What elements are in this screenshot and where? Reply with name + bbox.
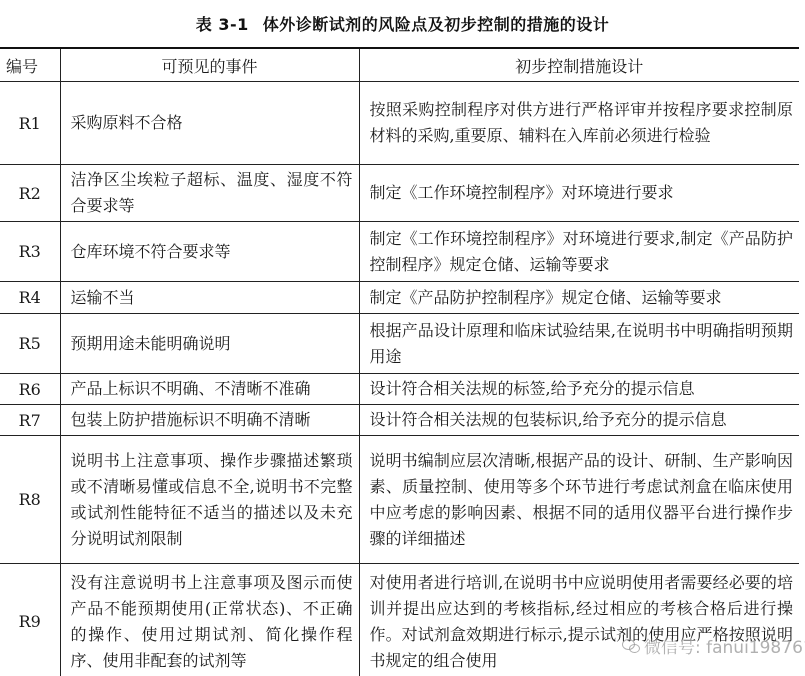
- row-event: 运输不当: [60, 282, 359, 314]
- table-row: R4 运输不当 制定《产品防护控制程序》规定仓储、运输等要求: [0, 282, 799, 314]
- header-measure: 初步控制措施设计: [359, 48, 799, 82]
- row-measure: 设计符合相关法规的标签,给予充分的提示信息: [359, 374, 799, 405]
- row-measure: 根据产品设计原理和临床试验结果,在说明书中明确指明预期用途: [359, 314, 799, 374]
- row-id: R9: [0, 564, 60, 676]
- row-event: 说明书上注意事项、操作步骤描述繁琐或不清晰易懂或信息不全,说明书不完整或试剂性能…: [60, 436, 359, 564]
- row-id: R5: [0, 314, 60, 374]
- table-row: R5 预期用途未能明确说明 根据产品设计原理和临床试验结果,在说明书中明确指明预…: [0, 314, 799, 374]
- row-measure: 说明书编制应层次清晰,根据产品的设计、研制、生产影响因素、质量控制、使用等多个环…: [359, 436, 799, 564]
- row-event: 采购原料不合格: [60, 82, 359, 165]
- table-row: R8 说明书上注意事项、操作步骤描述繁琐或不清晰易懂或信息不全,说明书不完整或试…: [0, 436, 799, 564]
- wechat-icon: [622, 639, 640, 653]
- table-number: 表 3-1: [196, 15, 249, 34]
- table-row: R2 洁净区尘埃粒子超标、温度、湿度不符合要求等 制定《工作环境控制程序》对环境…: [0, 165, 799, 222]
- row-id: R1: [0, 82, 60, 165]
- table-row: R9 没有注意说明书上注意事项及图示而使产品不能预期使用(正常状态)、不正确的操…: [0, 564, 799, 676]
- row-event: 包装上防护措施标识不明确不清晰: [60, 405, 359, 436]
- row-event: 预期用途未能明确说明: [60, 314, 359, 374]
- table-caption: 表 3-1体外诊断试剂的风险点及初步控制的措施的设计: [0, 12, 805, 35]
- row-event: 产品上标识不明确、不清晰不准确: [60, 374, 359, 405]
- table-header-row: 编号 可预见的事件 初步控制措施设计: [0, 48, 799, 82]
- table-title: 体外诊断试剂的风险点及初步控制的措施的设计: [263, 15, 610, 34]
- row-id: R7: [0, 405, 60, 436]
- row-event: 洁净区尘埃粒子超标、温度、湿度不符合要求等: [60, 165, 359, 222]
- risk-control-table: 编号 可预见的事件 初步控制措施设计 R1 采购原料不合格 按照采购控制程序对供…: [0, 47, 799, 676]
- row-id: R2: [0, 165, 60, 222]
- watermark: 微信号: fanui1987615607: [622, 633, 805, 658]
- watermark-text: 微信号: fanui1987615607: [644, 633, 805, 658]
- row-id: R6: [0, 374, 60, 405]
- header-event: 可预见的事件: [60, 48, 359, 82]
- row-event: 仓库环境不符合要求等: [60, 222, 359, 282]
- row-id: R3: [0, 222, 60, 282]
- row-measure: 制定《产品防护控制程序》规定仓储、运输等要求: [359, 282, 799, 314]
- table-row: R7 包装上防护措施标识不明确不清晰 设计符合相关法规的包装标识,给予充分的提示…: [0, 405, 799, 436]
- row-measure: 按照采购控制程序对供方进行严格评审并按程序要求控制原材料的采购,重要原、辅料在入…: [359, 82, 799, 165]
- row-measure: 制定《工作环境控制程序》对环境进行要求: [359, 165, 799, 222]
- table-row: R3 仓库环境不符合要求等 制定《工作环境控制程序》对环境进行要求,制定《产品防…: [0, 222, 799, 282]
- row-id: R8: [0, 436, 60, 564]
- header-id: 编号: [0, 48, 60, 82]
- table-row: R1 采购原料不合格 按照采购控制程序对供方进行严格评审并按程序要求控制原材料的…: [0, 82, 799, 165]
- row-measure: 设计符合相关法规的包装标识,给予充分的提示信息: [359, 405, 799, 436]
- row-event: 没有注意说明书上注意事项及图示而使产品不能预期使用(正常状态)、不正确的操作、使…: [60, 564, 359, 676]
- row-measure: 对使用者进行培训,在说明书中应说明使用者需要经必要的培训并提出应达到的考核指标,…: [359, 564, 799, 676]
- row-measure: 制定《工作环境控制程序》对环境进行要求,制定《产品防护控制程序》规定仓储、运输等…: [359, 222, 799, 282]
- table-row: R6 产品上标识不明确、不清晰不准确 设计符合相关法规的标签,给予充分的提示信息: [0, 374, 799, 405]
- row-id: R4: [0, 282, 60, 314]
